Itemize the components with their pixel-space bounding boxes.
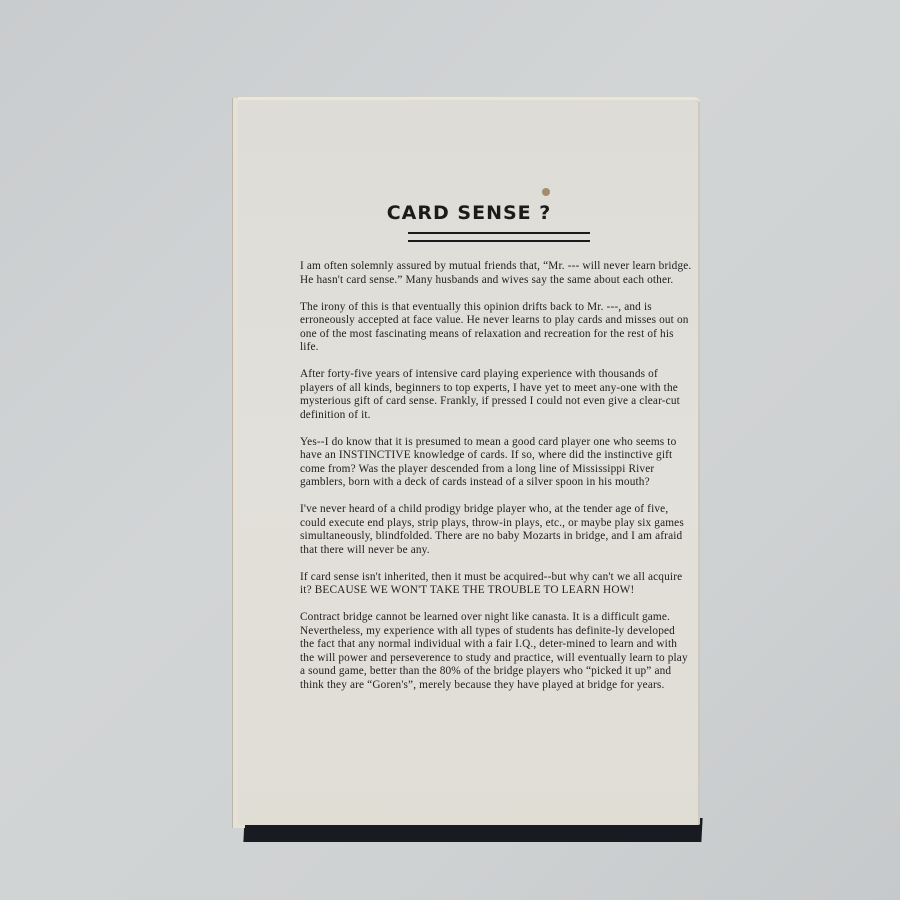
paragraph: I've never heard of a child prodigy brid… bbox=[300, 503, 692, 557]
paragraph: I am often solemnly assured by mutual fr… bbox=[300, 260, 692, 287]
paragraph: Yes--I do know that it is presumed to me… bbox=[300, 436, 692, 490]
paper-stain bbox=[542, 188, 550, 196]
paragraph: After forty-five years of intensive card… bbox=[300, 368, 692, 422]
paragraph: Contract bridge cannot be learned over n… bbox=[300, 611, 692, 692]
page-title: CARD SENSE ? bbox=[238, 202, 700, 224]
body-text: I am often solemnly assured by mutual fr… bbox=[300, 260, 692, 706]
paragraph: The irony of this is that eventually thi… bbox=[300, 301, 692, 355]
paragraph: If card sense isn't inherited, then it m… bbox=[300, 571, 692, 598]
title-double-rule bbox=[408, 232, 590, 242]
booklet-page: CARD SENSE ? I am often solemnly assured… bbox=[238, 97, 700, 825]
